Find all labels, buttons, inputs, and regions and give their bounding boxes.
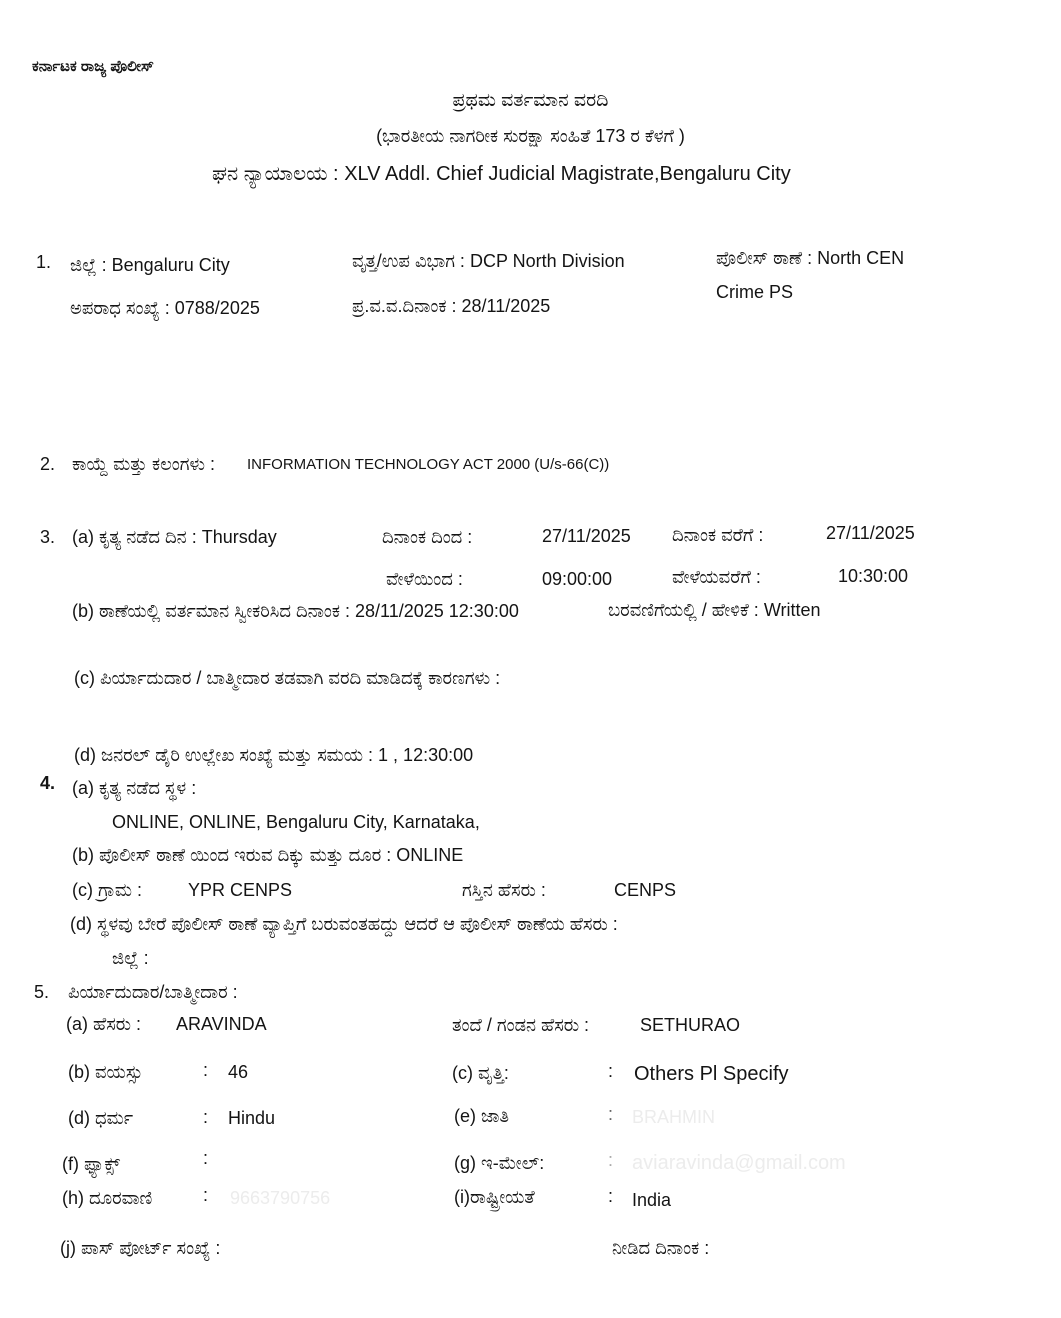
division-value: DCP North Division — [470, 251, 625, 271]
time-to-label: ವೇಳೆಯವರೆಗೆ : — [672, 567, 761, 588]
court-label: ಘನ ನ್ಯಾಯಾಲಯ : — [212, 163, 339, 185]
section-2-number: 2. — [40, 454, 55, 475]
other-district-label: ಜಿಲ್ಲೆ : — [112, 948, 149, 969]
org-name: ಕರ್ನಾಟಕ ರಾಜ್ಯ ಪೊಲೀಸ್ — [32, 58, 154, 75]
nationality-label: (i)ರಾಷ್ಟ್ರೀಯತೆ — [454, 1187, 535, 1208]
issue-date-field: ನೀಡಿದ ದಿನಾಂಕ : — [612, 1238, 709, 1259]
name-value: ARAVINDA — [176, 1014, 267, 1035]
occupation-label: (c) ವೃತ್ತಿ: — [452, 1063, 509, 1084]
division-label: ವೃತ್ತ/ಉಪ ವಿಭಾಗ : — [352, 251, 465, 271]
section-3-number: 3. — [40, 527, 55, 548]
direction-label: (b) ಪೊಲೀಸ್ ಠಾಣೆ ಯಿಂದ ಇರುವ ದಿಕ್ಕು ಮತ್ತು ದ… — [72, 845, 391, 865]
day-value: Thursday — [202, 527, 277, 547]
beat-value: CENPS — [614, 880, 676, 901]
complainant-heading: ಪಿರ್ಯಾದುದಾರ/ಬಾತ್ಮೀದಾರ : — [68, 982, 238, 1003]
fir-date-label: ಪ್ರ.ವ.ವ.ದಿನಾಂಕ : — [352, 296, 457, 316]
age-value: 46 — [228, 1062, 248, 1083]
direction-field: (b) ಪೊಲೀಸ್ ಠಾಣೆ ಯಿಂದ ಇರುವ ದಿಕ್ಕು ಮತ್ತು ದ… — [72, 845, 463, 866]
phone-label: (h) ದೂರವಾಣಿ — [62, 1188, 152, 1209]
religion-value: Hindu — [228, 1108, 275, 1129]
direction-value: ONLINE — [396, 845, 463, 865]
caste-label: (e) ಜಾತಿ — [454, 1106, 509, 1127]
village-label: (c) ಗ್ರಾಮ : — [72, 880, 142, 901]
fir-date-field: ಪ್ರ.ವ.ವ.ದಿನಾಂಕ : 28/11/2025 — [352, 296, 550, 317]
mode-label: ಬರವಣಿಗೆಯಲ್ಲಿ / ಹೇಳಿಕೆ : — [608, 600, 759, 620]
time-to-value: 10:30:00 — [838, 566, 908, 587]
date-to-value: 27/11/2025 — [826, 523, 915, 544]
date-from-value: 27/11/2025 — [542, 526, 631, 547]
day-label: (a) ಕೃತ್ಯ ನಡೆದ ದಿನ : — [72, 527, 197, 547]
time-from-value: 09:00:00 — [542, 569, 612, 590]
date-to-label: ದಿನಾಂಕ ವರೆಗೆ : — [672, 525, 763, 546]
received-field: (b) ಠಾಣೆಯಲ್ಲಿ ವರ್ತಮಾನ ಸ್ವೀಕರಿಸಿದ ದಿನಾಂಕ … — [72, 601, 519, 622]
delay-reason-label: (c) ಪಿರ್ಯಾದುದಾರ / ಬಾತ್ಮೀದಾರ ತಡವಾಗಿ ವರದಿ … — [74, 668, 500, 688]
crime-number-value: 0788/2025 — [175, 298, 260, 318]
fax-label: (f) ಫ್ಯಾಕ್ಸ್ — [62, 1154, 120, 1175]
court-row: ಘನ ನ್ಯಾಯಾಲಯ : XLV Addl. Chief Judicial M… — [212, 163, 791, 186]
day-field: (a) ಕೃತ್ಯ ನಡೆದ ದಿನ : Thursday — [72, 527, 277, 548]
time-from-label: ವೇಳೆಯಿಂದ : — [386, 569, 463, 590]
other-station-label: (d) ಸ್ಥಳವು ಬೇರೆ ಪೊಲೀಸ್ ಠಾಣೆ ವ್ಯಾಪ್ತಿಗೆ ಬ… — [70, 914, 618, 935]
occupation-colon: : — [608, 1061, 613, 1082]
section-5-number: 5. — [34, 982, 49, 1003]
document-title: ಪ್ರಥಮ ವರ್ತಮಾನ ವರದಿ — [0, 90, 1061, 112]
age-colon: : — [203, 1060, 208, 1081]
father-name-label: ತಂದೆ / ಗಂಡನ ಹೆಸರು : — [452, 1015, 589, 1036]
phone-colon: : — [203, 1185, 208, 1206]
place-value: ONLINE, ONLINE, Bengaluru City, Karnatak… — [112, 812, 480, 833]
police-station-field: ಪೊಲೀಸ್ ಠಾಣೆ : North CEN — [716, 248, 904, 269]
caste-value: BRAHMIN — [632, 1107, 715, 1128]
nationality-colon: : — [608, 1186, 613, 1207]
beat-label: ಗಸ್ತಿನ ಹೆಸರು : — [462, 880, 546, 901]
crime-number-field: ಅಪರಾಧ ಸಂಖ್ಯೆ : 0788/2025 — [70, 298, 260, 319]
received-value: 28/11/2025 12:30:00 — [355, 601, 519, 621]
passport-label: (j) ಪಾಸ್ ಪೋರ್ಟ್ ಸಂಖ್ಯೆ : — [60, 1238, 220, 1258]
division-field: ವೃತ್ತ/ಉಪ ವಿಭಾಗ : DCP North Division — [352, 251, 625, 272]
police-station-value-line2: Crime PS — [716, 282, 793, 303]
section-1-number: 1. — [36, 252, 51, 273]
passport-field: (j) ಪಾಸ್ ಪೋರ್ಟ್ ಸಂಖ್ಯೆ : — [60, 1238, 220, 1259]
fir-date-value: 28/11/2025 — [462, 296, 551, 316]
age-label: (b) ವಯಸ್ಸು — [68, 1062, 143, 1083]
district-field: ಜಿಲ್ಲೆ : Bengaluru City — [70, 255, 230, 276]
religion-label: (d) ಧರ್ಮ — [68, 1108, 133, 1129]
received-label: (b) ಠಾಣೆಯಲ್ಲಿ ವರ್ತಮಾನ ಸ್ವೀಕರಿಸಿದ ದಿನಾಂಕ … — [72, 601, 350, 621]
crime-number-label: ಅಪರಾಧ ಸಂಖ್ಯೆ : — [70, 298, 170, 318]
court-value: XLV Addl. Chief Judicial Magistrate,Beng… — [344, 163, 791, 185]
district-label: ಜಿಲ್ಲೆ : — [70, 255, 107, 275]
place-label: (a) ಕೃತ್ಯ ನಡೆದ ಸ್ಥಳ : — [72, 778, 196, 799]
date-from-label: ದಿನಾಂಕ ದಿಂದ : — [382, 527, 472, 548]
mode-value: Written — [764, 600, 821, 620]
fax-colon: : — [203, 1148, 208, 1169]
email-value: aviaravinda@gmail.com — [632, 1152, 846, 1175]
issue-date-label: ನೀಡಿದ ದಿನಾಂಕ : — [612, 1238, 709, 1258]
occupation-value: Others Pl Specify — [634, 1063, 789, 1086]
email-label: (g) ಇ-ಮೇಲ್: — [454, 1153, 544, 1174]
acts-value: INFORMATION TECHNOLOGY ACT 2000 (U/s-66(… — [247, 456, 609, 473]
section-4-number: 4. — [40, 773, 55, 794]
caste-colon: : — [608, 1104, 613, 1125]
police-station-value: North CEN — [817, 248, 904, 268]
district-value: Bengaluru City — [112, 255, 230, 275]
document-subtitle: (ಭಾರತೀಯ ನಾಗರೀಕ ಸುರಕ್ಷಾ ಸಂಹಿತೆ 173 ರ ಕೆಳಗ… — [0, 126, 1061, 147]
name-label: (a) ಹೆಸರು : — [66, 1014, 141, 1035]
delay-reason-field: (c) ಪಿರ್ಯಾದುದಾರ / ಬಾತ್ಮೀದಾರ ತಡವಾಗಿ ವರದಿ … — [74, 668, 500, 689]
religion-colon: : — [203, 1107, 208, 1128]
general-diary-value: 1 , 12:30:00 — [378, 745, 473, 765]
general-diary-field: (d) ಜನರಲ್ ಡೈರಿ ಉಲ್ಲೇಖ ಸಂಖ್ಯೆ ಮತ್ತು ಸಮಯ :… — [74, 745, 473, 766]
email-colon: : — [608, 1150, 613, 1171]
acts-label: ಕಾಯ್ದೆ ಮತ್ತು ಕಲಂಗಳು : — [72, 454, 215, 475]
police-station-label: ಪೊಲೀಸ್ ಠಾಣೆ : — [716, 248, 812, 268]
father-name-value: SETHURAO — [640, 1015, 740, 1036]
phone-value: 9663790756 — [230, 1188, 330, 1209]
nationality-value: India — [632, 1190, 671, 1211]
general-diary-label: (d) ಜನರಲ್ ಡೈರಿ ಉಲ್ಲೇಖ ಸಂಖ್ಯೆ ಮತ್ತು ಸಮಯ : — [74, 745, 373, 765]
mode-field: ಬರವಣಿಗೆಯಲ್ಲಿ / ಹೇಳಿಕೆ : Written — [608, 600, 821, 621]
village-value: YPR CENPS — [188, 880, 292, 901]
